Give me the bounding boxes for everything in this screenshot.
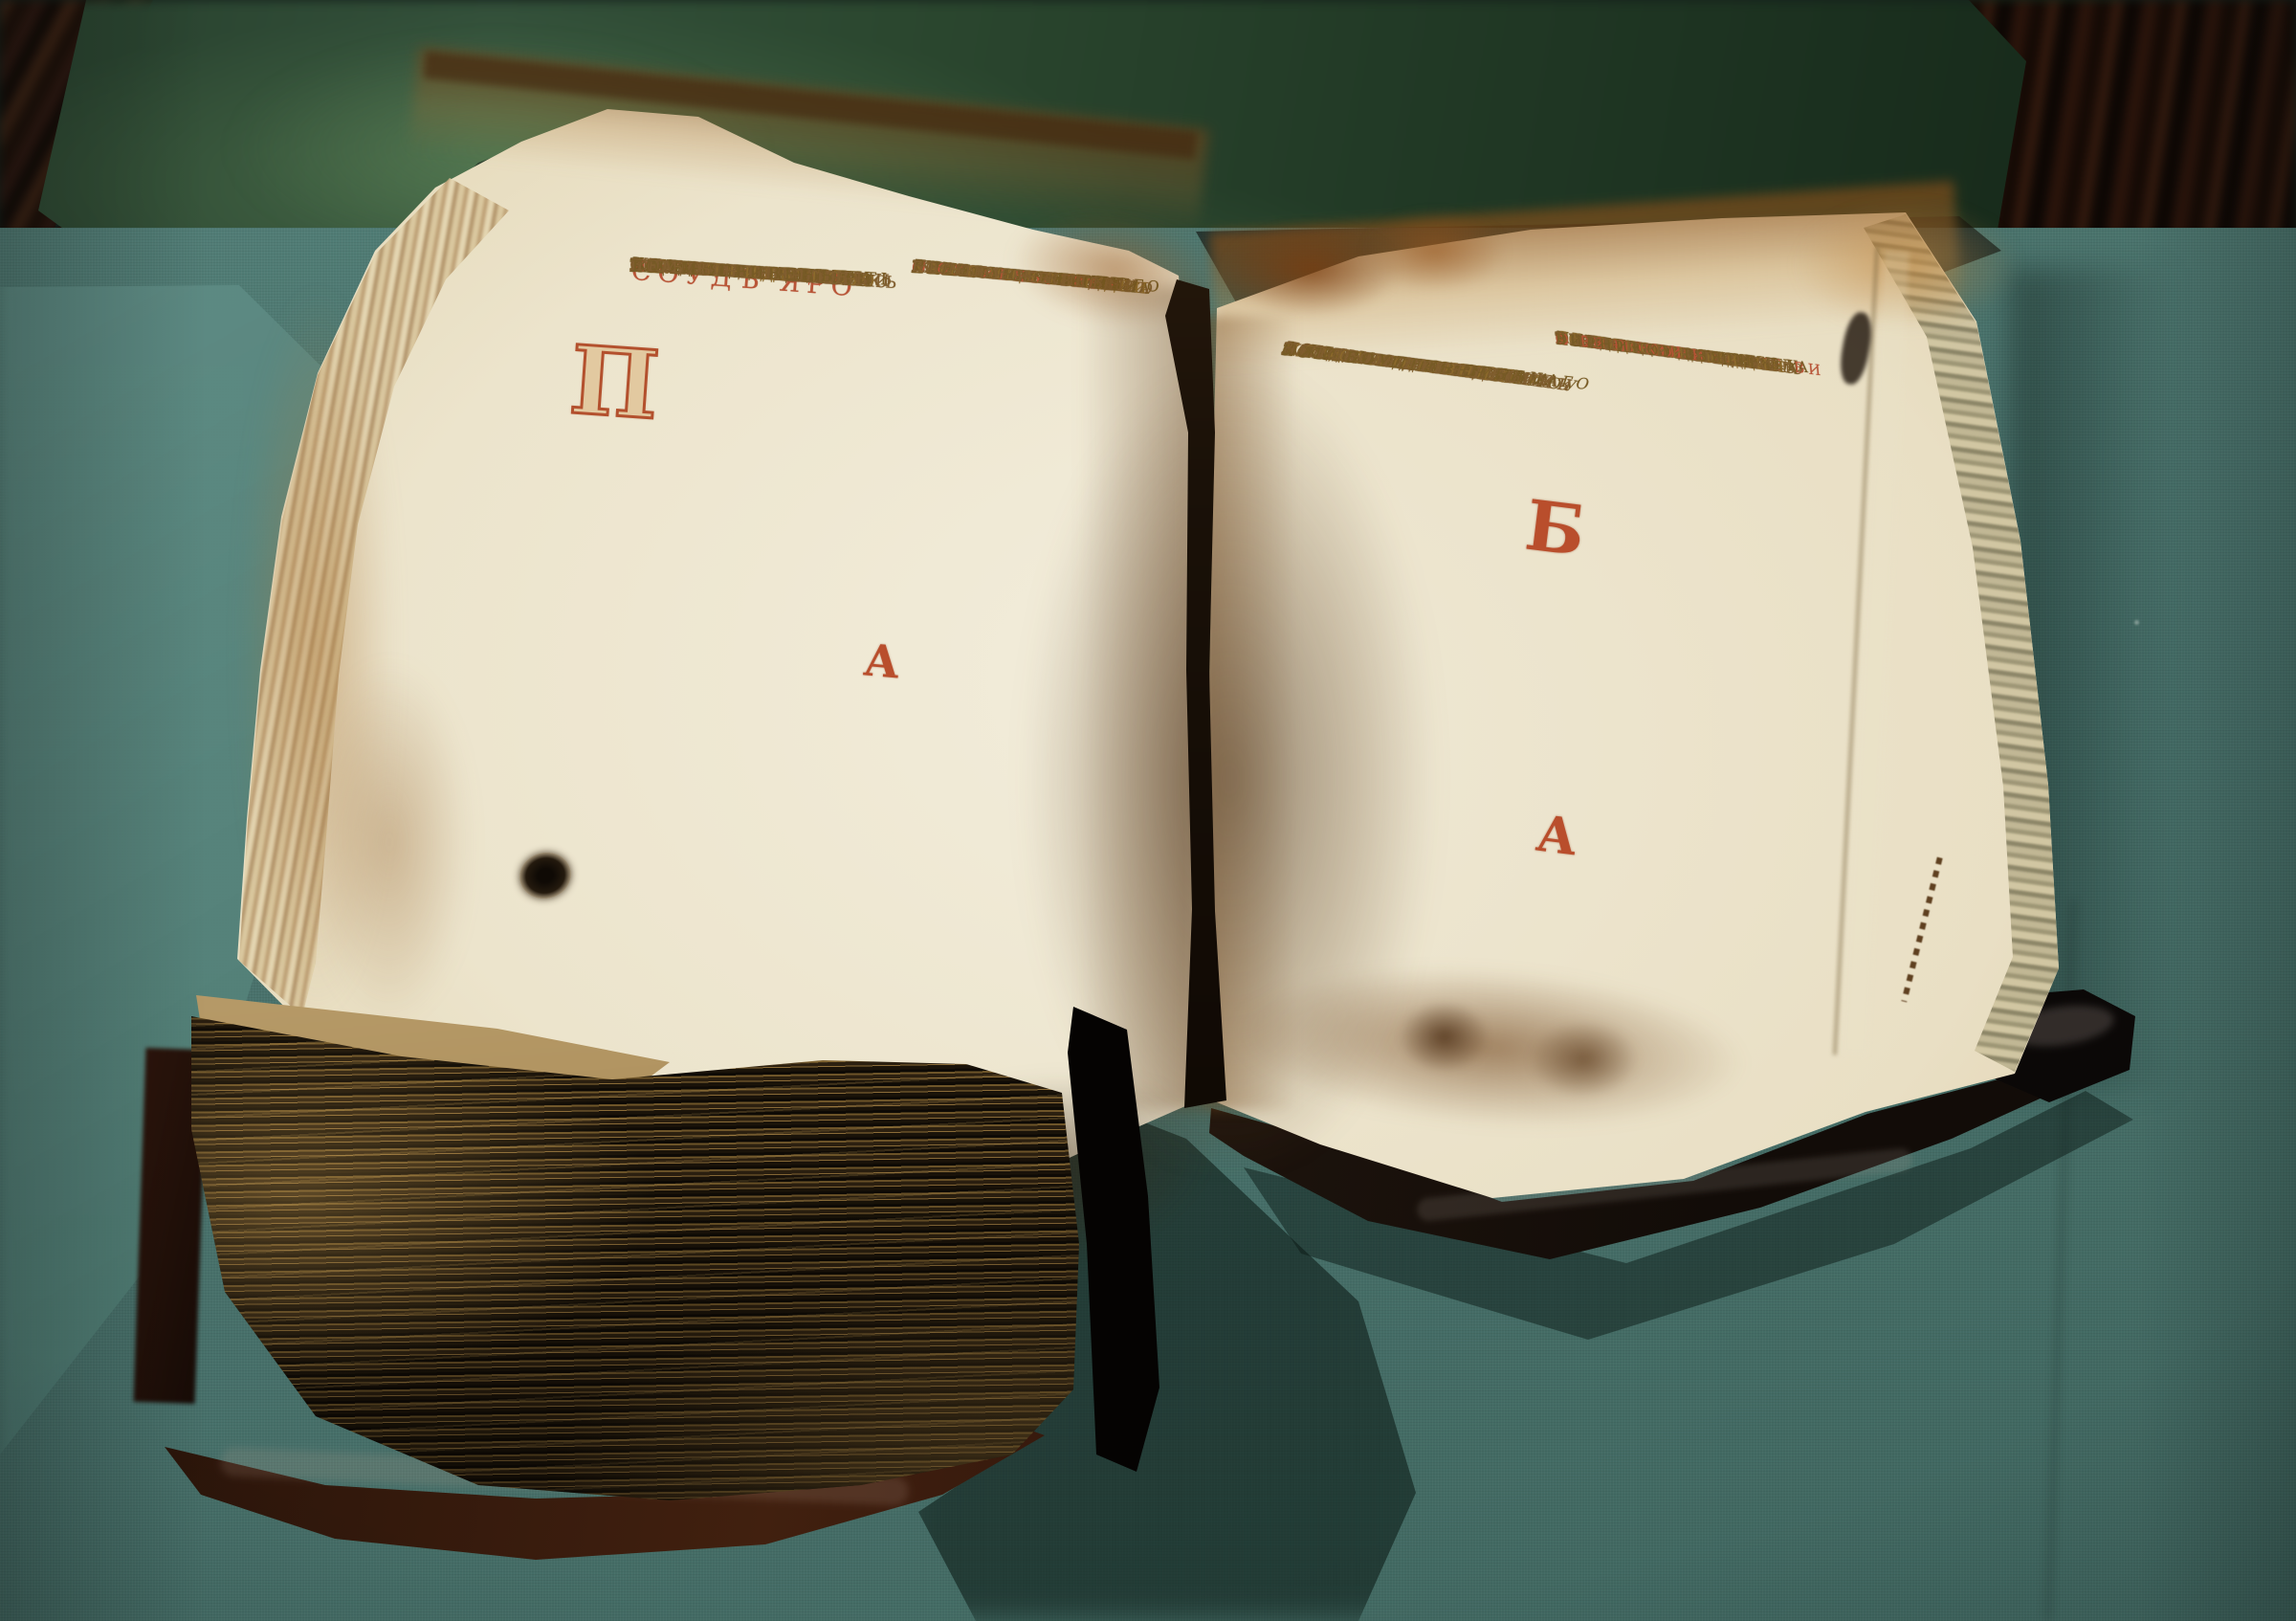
rubric-initial-A-left: А	[862, 637, 901, 684]
museum-photo-scene: СОУДЪ ЯРОСЛАВЛЬ ВОЛОДИМИРИЦА ·РАВДА РОУС…	[0, 0, 2296, 1621]
ornate-initial-P: П	[567, 334, 662, 433]
rubric-initial-B-right: Б	[1522, 491, 1589, 566]
rubric-initial-A-right: А	[1534, 810, 1579, 864]
manuscript-book: СОУДЪ ЯРОСЛАВЛЬ ВОЛОДИМИРИЦА ·РАВДА РОУС…	[0, 0, 2296, 1621]
